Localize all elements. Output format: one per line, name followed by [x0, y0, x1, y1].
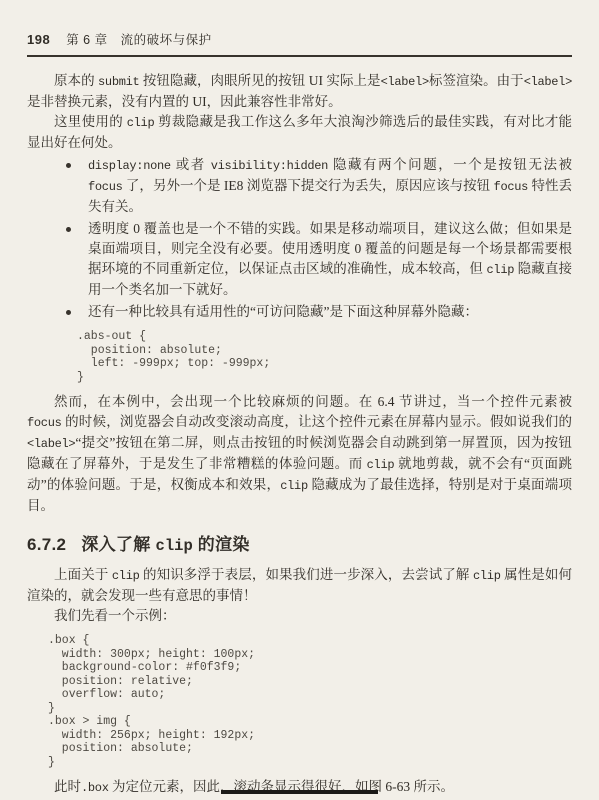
- text-run: 标签渲染。由于: [429, 73, 524, 88]
- text-run: 的渲染: [193, 535, 250, 554]
- running-header: 198 第 6 章 流的破坏与保护: [27, 30, 572, 57]
- text-run: 我们先看一个示例：: [54, 608, 176, 623]
- chapter-title: 第 6 章 流的破坏与保护: [66, 30, 211, 48]
- inline-code: clip: [487, 263, 515, 277]
- text-run: 此时: [54, 779, 81, 794]
- text-run: 原本的: [54, 73, 98, 88]
- paragraph: 然而，在本例中，会出现一个比较麻烦的问题。在 6.4 节讲过，当一个控件元素被 …: [27, 392, 572, 516]
- paragraph: 原本的 submit 按钮隐藏，肉眼所见的按钮 UI 实际上是<label>标签…: [27, 71, 572, 112]
- text-run: 是非替换元素，没有内置的 UI，因此兼容性非常好。: [27, 94, 342, 109]
- inline-code: submit: [98, 75, 139, 89]
- paragraph: 我们先看一个示例：: [27, 606, 572, 626]
- text-run: 深入了解: [81, 535, 155, 554]
- inline-code: focus: [27, 416, 62, 430]
- inline-code: .box: [81, 781, 109, 795]
- bullet-icon: [66, 310, 71, 315]
- inline-code: <label>: [27, 437, 75, 451]
- inline-code: <label>: [524, 75, 572, 89]
- section-heading: 6.7.2深入了解 clip 的渲染: [27, 530, 572, 555]
- text-run: 或者: [171, 157, 211, 172]
- inline-code: clip: [112, 569, 140, 583]
- list-item: display:none 或者 visibility:hidden 隐藏有两个问…: [61, 155, 572, 217]
- list-item: 还有一种比较具有适用性的“可访问隐藏”是下面这种屏幕外隐藏：: [61, 302, 572, 322]
- inline-code: focus: [494, 180, 529, 194]
- inline-code: clip: [156, 537, 193, 555]
- text-run: 还有一种比较具有适用性的“可访问隐藏”是下面这种屏幕外隐藏：: [88, 304, 478, 319]
- paragraph: 此时.box 为定位元素，因此，滚动条显示得很好，如图 6-63 所示。: [27, 777, 572, 798]
- inline-code: clip: [473, 569, 501, 583]
- text-run: 的知识多浮于表层，如果我们进一步深入，去尝试了解: [140, 567, 473, 582]
- book-page: 198 第 6 章 流的破坏与保护 原本的 submit 按钮隐藏，肉眼所见的按…: [0, 0, 599, 800]
- figure-6-63-top-edge: [221, 790, 378, 794]
- bullet-list: display:none 或者 visibility:hidden 隐藏有两个问…: [61, 155, 572, 322]
- code-block: .abs-out { position: absolute; left: -99…: [77, 330, 572, 384]
- section-number: 6.7.2: [27, 535, 66, 554]
- inline-code: clip: [367, 458, 395, 472]
- inline-code: visibility:hidden: [211, 159, 328, 173]
- bullet-icon: [66, 227, 71, 232]
- text-run: 的时候，浏览器会自动改变滚动高度，让这个控件元素在屏幕内显示。假如说我们的: [62, 414, 572, 429]
- page-number: 198: [27, 32, 50, 47]
- paragraph: 这里使用的 clip 剪裁隐藏是我工作这么多年大浪淘沙筛选后的最佳实践，有对比才…: [27, 112, 572, 153]
- inline-code: display:none: [88, 159, 171, 173]
- text-run: 按钮隐藏，肉眼所见的按钮 UI 实际上是: [139, 73, 380, 88]
- bullet-icon: [66, 163, 71, 168]
- page-content: 原本的 submit 按钮隐藏，肉眼所见的按钮 UI 实际上是<label>标签…: [27, 57, 572, 798]
- text-run: 了，另外一个是 IE8 浏览器下提交行为丢失，原因应该与按钮: [123, 178, 494, 193]
- text-run: 上面关于: [54, 567, 112, 582]
- inline-code: clip: [127, 116, 155, 130]
- inline-code: focus: [88, 180, 123, 194]
- inline-code: <label>: [381, 75, 429, 89]
- code-block: .box { width: 300px; height: 100px; back…: [48, 634, 572, 769]
- inline-code: clip: [280, 479, 308, 493]
- list-item: 透明度 0 覆盖也是一个不错的实践。如果是移动端项目，建议这么做；但如果是桌面端…: [61, 219, 572, 300]
- text-run: 然而，在本例中，会出现一个比较麻烦的问题。在 6.4 节讲过，当一个控件元素被: [54, 394, 572, 409]
- text-run: 隐藏有两个问题，一个是按钮无法被: [328, 157, 572, 172]
- text-run: 这里使用的: [54, 114, 127, 129]
- paragraph: 上面关于 clip 的知识多浮于表层，如果我们进一步深入，去尝试了解 clip …: [27, 565, 572, 606]
